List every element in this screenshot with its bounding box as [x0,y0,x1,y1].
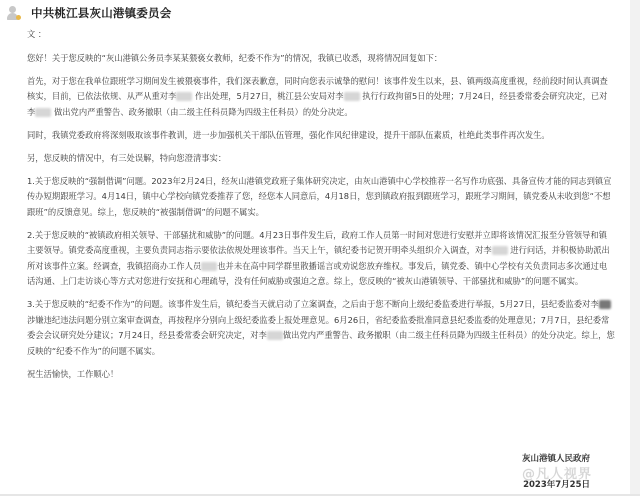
letter-header: 中共桃江县灰山港镇委员会 [6,2,171,24]
redacted-name [201,262,217,271]
redacted-name [344,92,360,101]
redacted-name [35,108,51,117]
intro-paragraph: 您好！关于您反映的“灰山港镇公务员李某某猥亵女教师，纪委不作为”的情况，我镇已收… [27,51,615,67]
closing-line: 祝生活愉快，工作顺心！ [27,367,615,383]
user-avatar-icon [6,5,22,21]
paragraph-apology: 首先，对于您在我单位跟班学习期间发生被猥亵事件，我们深表歉意，同时向您表示诚挚的… [27,74,615,121]
redacted-name [176,92,192,101]
scrollbar[interactable] [630,0,640,496]
paragraph-point-2: 2.关于您反映的“被镇政府相关领导、干部骚扰和威胁”的问题。4月23日事件发生后… [27,228,615,290]
letter-body: 文 ： 您好！关于您反映的“灰山港镇公务员李某某猥亵女教师，纪委不作为”的情况，… [27,27,615,390]
watermark-text: @凡人视界 [522,463,592,482]
sender-name: 中共桃江县灰山港镇委员会 [31,5,171,21]
paragraph-measures: 同时，我镇党委政府将深刻吸取该事件教训，进一步加强机关干部队伍管理，强化作风纪律… [27,128,615,144]
paragraph-point-3: 3.关于您反映的“纪委不作为”的问题。该事件发生后，镇纪委当天就启动了立案调查，… [27,297,615,359]
paragraph-clarify-intro: 另，您反映的情况中，有三处误解，特向您澄清事实： [27,151,615,167]
redacted-name [599,300,611,309]
redacted-name [492,246,508,255]
paragraph-point-1: 1.关于您反映的“强制借调”问题。2023年2月24日，经灰山港镇党政班子集体研… [27,174,615,221]
redacted-name [267,331,283,340]
salutation: 文 ： [27,27,615,43]
